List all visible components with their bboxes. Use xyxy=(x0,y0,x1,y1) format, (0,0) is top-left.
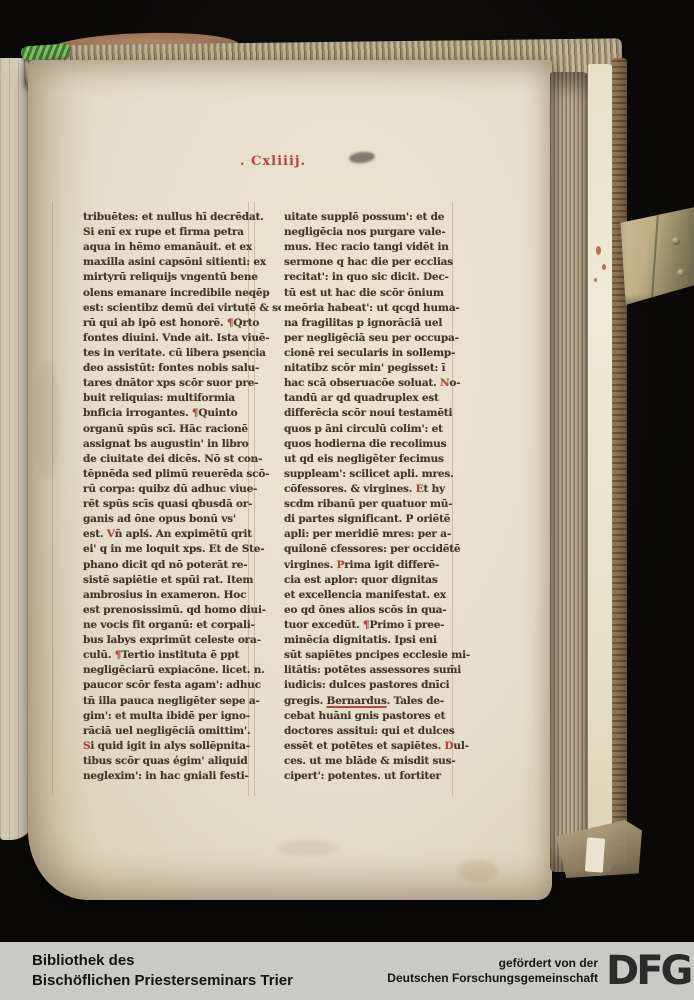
manuscript-line: quilonē cfessores: per occidētē xyxy=(284,542,486,557)
ink-text: de ciuitate dei dicēs. Nō st con- xyxy=(83,453,262,465)
manuscript-line: essēt et potētes et sapiētes. Dul- xyxy=(284,739,486,754)
manuscript-line: et excellencia manifestat. ex xyxy=(284,588,486,603)
manuscript-line: mus. Hec racio tangi vidēt in xyxy=(284,240,486,255)
ink-text: est: scientibz demū dei virtutē & scō- xyxy=(83,302,281,314)
ink-text: gim': et multa ibidē per igno- xyxy=(83,710,250,722)
ink-text: . Tales de- xyxy=(387,695,444,707)
rust-spot xyxy=(596,246,601,255)
book-photo: . Cxliiij. tribuētes: et nullus hī decrē… xyxy=(0,0,694,942)
manuscript-line: tes in veritate. cū libera psencia xyxy=(83,346,281,361)
manuscript-line: rāciā uel negligēciā omittim'. xyxy=(83,724,281,739)
text-column-left: tribuētes: et nullus hī decrēdat.Si enī … xyxy=(83,210,281,784)
ink-text: mus. Hec racio tangi vidēt in xyxy=(284,241,449,253)
ink-text: nitatibz scōr min' pegisset: ī xyxy=(284,362,445,374)
manuscript-line: cipert': potentes. ut fortiter xyxy=(284,769,486,784)
ink-text: rāciā uel negligēciā omittim'. xyxy=(83,725,250,737)
ink-text: quos hodierna die recolimus xyxy=(284,438,446,450)
ink-text: hac scā obseruacōe soluat. xyxy=(284,377,440,389)
ink-text: assignat bs augustin' in libro xyxy=(83,438,249,450)
ink-text: doctores assitui: qui et dulces xyxy=(284,725,455,737)
manuscript-line: minēcia dignitatis. Ipsi eni xyxy=(284,633,486,648)
ink-text: ut qd eis negligēter fecimus xyxy=(284,453,444,465)
metal-clasp xyxy=(619,202,694,306)
outer-page-edge xyxy=(588,64,614,876)
ink-text: et excellencia manifestat. ex xyxy=(284,589,446,601)
manuscript-line: virgines. Prima igit differē- xyxy=(284,558,486,573)
ink-text: tes in veritate. cū libera psencia xyxy=(83,347,266,359)
funding-credit: gefördert von der Deutschen Forschungsge… xyxy=(387,956,598,986)
ink-text: recitat': in quo sic dicit. Dec- xyxy=(284,271,449,283)
rust-spot xyxy=(594,278,597,282)
ink-text: per negligēciā seu per occupa- xyxy=(284,332,459,344)
ink-text: sistē sapiētie et spūi rat. Item xyxy=(83,574,253,586)
ink-text: minēcia dignitatis. Ipsi eni xyxy=(284,634,437,646)
manuscript-line: per negligēciā seu per occupa- xyxy=(284,331,486,346)
scan-viewport: . Cxliiij. tribuētes: et nullus hī decrē… xyxy=(0,0,694,1000)
manuscript-line: quos p āni circulū colim': et xyxy=(284,422,486,437)
ink-text: phano dicit qd nō poterāt re- xyxy=(83,559,247,571)
ink-text: sūt sapiētes pncipes ecclesie mi- xyxy=(284,649,470,661)
manuscript-line: sistē sapiētie et spūi rat. Item xyxy=(83,573,281,588)
ink-text: ne vocis fit organū: et corpali- xyxy=(83,619,255,631)
clasp-rivet xyxy=(677,269,685,277)
ink-text: na fragilitas p ignorāciā uel xyxy=(284,317,442,329)
rubric-text: Bernardus xyxy=(327,695,387,707)
ink-text: tn̄ illa pauca negligēter sepe a- xyxy=(83,695,260,707)
ink-text: buit reliquias: multiformia xyxy=(83,392,235,404)
ink-text: Primo ī pree- xyxy=(370,619,445,631)
manuscript-page: . Cxliiij. tribuētes: et nullus hī decrē… xyxy=(28,60,552,900)
ink-text: Qrto xyxy=(233,317,259,329)
manuscript-line: cōfessores. & virgines. Et hy xyxy=(284,482,486,497)
ink-text: n̄ aplś. An expimētū qrit xyxy=(115,528,252,540)
ink-text: quilonē cfessores: per occidētē xyxy=(284,543,460,555)
ink-text: suppleam': scilicet apli. mres. xyxy=(284,468,454,480)
manuscript-line: ne vocis fit organū: et corpali- xyxy=(83,618,281,633)
library-name-line1: Bibliothek des xyxy=(32,951,293,971)
ink-text: bus labys exprimūt celeste ora- xyxy=(83,634,261,646)
ink-text: sermone q hac die per ecclias xyxy=(284,256,453,268)
ink-text: deo assistūt: fontes nobis salu- xyxy=(83,362,259,374)
manuscript-line: meōria habeat': ut qcqd huma- xyxy=(284,301,486,316)
ink-text: quos p āni circulū colim': et xyxy=(284,423,443,435)
manuscript-line: negligēcia nos purgare vale- xyxy=(284,225,486,240)
rubric-text: E xyxy=(416,483,424,495)
dfg-logo: DFG xyxy=(606,942,690,1000)
ink-text: rima igit differē- xyxy=(344,559,439,571)
ink-text: culū. xyxy=(83,649,115,661)
ink-text: ul- xyxy=(453,740,468,752)
fore-edge-pages xyxy=(550,72,590,872)
ink-text: cōfessores. & virgines. xyxy=(284,483,416,495)
rust-spot xyxy=(602,264,606,270)
ink-text: rū qui ab ipō est honorē. xyxy=(83,317,227,329)
ink-text: mirtyrū reliquijs vngentū bene xyxy=(83,271,258,283)
ink-text: fontes diuini. Vnde ait. Ista viuē- xyxy=(83,332,269,344)
manuscript-line: est: scientibz demū dei virtutē & scō- xyxy=(83,301,281,316)
manuscript-line: recitat': in quo sic dicit. Dec- xyxy=(284,270,486,285)
footer-bar: Bibliothek des Bischöflichen Priestersem… xyxy=(0,942,694,1000)
manuscript-line: bnficia irrogantes. ¶Quinto xyxy=(83,406,281,421)
manuscript-line: tēpnēda sed plimū reuerēda scō- xyxy=(83,467,281,482)
ink-text: negligēciarū expiacōne. licet. n. xyxy=(83,664,265,676)
manuscript-line: negligēciarū expiacōne. licet. n. xyxy=(83,663,281,678)
ink-text: olens emanare incredibile neqēp xyxy=(83,287,269,299)
manuscript-line: Si quid igit in alys sollēpnita- xyxy=(83,739,281,754)
ink-text: Si enī ex rupe et firma petra xyxy=(83,226,244,238)
manuscript-line: tares dnātor xps scōr suor pre- xyxy=(83,376,281,391)
manuscript-line: cia est aplor: quor dignitas xyxy=(284,573,486,588)
ink-text: tribuētes: et nullus hī decrēdat. xyxy=(83,211,264,223)
manuscript-line: differēcia scōr noui testamēti xyxy=(284,406,486,421)
ink-text: ei' q in me loquit xps. Et de Ste- xyxy=(83,543,264,555)
manuscript-line: suppleam': scilicet apli. mres. xyxy=(284,467,486,482)
clasp-rivet xyxy=(672,237,680,245)
ink-text: tares dnātor xps scōr suor pre- xyxy=(83,377,258,389)
ink-text: di partes significant. P oriētē xyxy=(284,513,450,525)
manuscript-line: de ciuitate dei dicēs. Nō st con- xyxy=(83,452,281,467)
ink-text: meōria habeat': ut qcqd huma- xyxy=(284,302,460,314)
manuscript-line: hac scā obseruacōe soluat. No- xyxy=(284,376,486,391)
ruling-line xyxy=(52,202,53,796)
manuscript-line: tibus scōr quas égim' aliquid xyxy=(83,754,281,769)
manuscript-line: organū spūs scī. Hāc racionē xyxy=(83,422,281,437)
ink-text: bnficia irrogantes. xyxy=(83,407,192,419)
ink-text: neglexim': in hac gniali festi- xyxy=(83,770,249,782)
manuscript-line: na fragilitas p ignorāciā uel xyxy=(284,316,486,331)
ink-text: t hy xyxy=(424,483,445,495)
manuscript-line: rū corpa: quibz dū adhuc viue- xyxy=(83,482,281,497)
manuscript-line: di partes significant. P oriētē xyxy=(284,512,486,527)
manuscript-line: eo qd ōnes alios scōs in qua- xyxy=(284,603,486,618)
library-name-line2: Bischöflichen Priesterseminars Trier xyxy=(32,971,293,991)
manuscript-line: tn̄ illa pauca negligēter sepe a- xyxy=(83,694,281,709)
manuscript-line: tandū ar qd quadruplex est xyxy=(284,391,486,406)
ink-text: aqua in hēmo emanāuit. et ex xyxy=(83,241,252,253)
funding-credit-line2: Deutschen Forschungsgemeinschaft xyxy=(387,971,598,986)
ink-text: uitate supplē possum': et de xyxy=(284,211,444,223)
ink-text: negligēcia nos purgare vale- xyxy=(284,226,446,238)
ink-text: tū est ut hac die scōr ōnium xyxy=(284,287,444,299)
ink-text: differēcia scōr noui testamēti xyxy=(284,407,452,419)
manuscript-line: tū est ut hac die scōr ōnium xyxy=(284,286,486,301)
library-name: Bibliothek des Bischöflichen Priestersem… xyxy=(32,951,293,991)
manuscript-line: buit reliquias: multiformia xyxy=(83,391,281,406)
manuscript-line: olens emanare incredibile neqēp xyxy=(83,286,281,301)
folio-number: . Cxliiij. xyxy=(240,154,306,169)
ink-text: cebat huāni gnis pastores et xyxy=(284,710,445,722)
ink-text: scdm ribanū per quatuor mū- xyxy=(284,498,452,510)
ink-text: paucor scōr festa agam': adhuc xyxy=(83,679,261,691)
ink-text: cipert': potentes. ut fortiter xyxy=(284,770,441,782)
ink-text: ambrosius in exameron. Hoc xyxy=(83,589,246,601)
manuscript-line: neglexim': in hac gniali festi- xyxy=(83,769,281,784)
parchment-stain xyxy=(278,840,338,856)
manuscript-line: ganis ad ōne opus bonū vs' xyxy=(83,512,281,527)
ink-text: est. xyxy=(83,528,107,540)
manuscript-line: phano dicit qd nō poterāt re- xyxy=(83,558,281,573)
manuscript-line: sūt sapiētes pncipes ecclesie mi- xyxy=(284,648,486,663)
manuscript-line: nitatibz scōr min' pegisset: ī xyxy=(284,361,486,376)
manuscript-line: maxilla asini capsōni sitienti: ex xyxy=(83,255,281,270)
ink-text: i quid igit in alys sollēpnita- xyxy=(90,740,250,752)
manuscript-line: mirtyrū reliquijs vngentū bene xyxy=(83,270,281,285)
ink-text: ganis ad ōne opus bonū vs' xyxy=(83,513,236,525)
ink-text: est prenosissimū. qd homo diui- xyxy=(83,604,266,616)
manuscript-line: culū. ¶Tertio instituta ē ppt xyxy=(83,648,281,663)
rubric-text: N xyxy=(440,377,449,389)
manuscript-line: tribuētes: et nullus hī decrēdat. xyxy=(83,210,281,225)
bottom-corner-page-edge xyxy=(585,837,605,872)
ink-text: ces. ut me blāde & misdit sus- xyxy=(284,755,456,767)
manuscript-line: bus labys exprimūt celeste ora- xyxy=(83,633,281,648)
manuscript-line: cionē rei secularis in sollemp- xyxy=(284,346,486,361)
ink-text: litātis: potētes assessores sum̄i xyxy=(284,664,461,676)
ink-text: Tertio instituta ē ppt xyxy=(121,649,239,661)
manuscript-line: ces. ut me blāde & misdit sus- xyxy=(284,754,486,769)
funding-credit-line1: gefördert von der xyxy=(387,956,598,971)
manuscript-line: gim': et multa ibidē per igno- xyxy=(83,709,281,724)
ink-text: Quinto xyxy=(198,407,237,419)
manuscript-line: Si enī ex rupe et firma petra xyxy=(83,225,281,240)
ink-text: virgines. xyxy=(284,559,337,571)
book-cover-edge xyxy=(612,58,627,866)
ink-text: rēt spūs scīs quasi qbusdā or- xyxy=(83,498,252,510)
manuscript-line: cebat huāni gnis pastores et xyxy=(284,709,486,724)
manuscript-line: paucor scōr festa agam': adhuc xyxy=(83,678,281,693)
ink-text: gregis. xyxy=(284,695,327,707)
ink-text: cia est aplor: quor dignitas xyxy=(284,574,438,586)
parchment-stain xyxy=(458,860,498,882)
text-column-right: uitate supplē possum': et denegligēcia n… xyxy=(284,210,486,784)
ink-text: tibus scōr quas égim' aliquid xyxy=(83,755,248,767)
manuscript-line: aqua in hēmo emanāuit. et ex xyxy=(83,240,281,255)
ink-text: iudicis: dulces pastores dnīci xyxy=(284,679,449,691)
manuscript-line: ei' q in me loquit xps. Et de Ste- xyxy=(83,542,281,557)
manuscript-line: litātis: potētes assessores sum̄i xyxy=(284,663,486,678)
ink-text: maxilla asini capsōni sitienti: ex xyxy=(83,256,266,268)
manuscript-line: quos hodierna die recolimus xyxy=(284,437,486,452)
manuscript-line: gregis. Bernardus. Tales de- xyxy=(284,694,486,709)
ink-text: tuor excedūt. xyxy=(284,619,363,631)
manuscript-line: est. Vn̄ aplś. An expimētū qrit xyxy=(83,527,281,542)
manuscript-line: doctores assitui: qui et dulces xyxy=(284,724,486,739)
ink-text: organū spūs scī. Hāc racionē xyxy=(83,423,248,435)
ink-text: tandū ar qd quadruplex est xyxy=(284,392,439,404)
manuscript-line: assignat bs augustin' in libro xyxy=(83,437,281,452)
manuscript-line: ambrosius in exameron. Hoc xyxy=(83,588,281,603)
manuscript-line: scdm ribanū per quatuor mū- xyxy=(284,497,486,512)
ink-text: cionē rei secularis in sollemp- xyxy=(284,347,455,359)
manuscript-line: tuor excedūt. ¶Primo ī pree- xyxy=(284,618,486,633)
manuscript-line: deo assistūt: fontes nobis salu- xyxy=(83,361,281,376)
ink-text: rū corpa: quibz dū adhuc viue- xyxy=(83,483,257,495)
manuscript-line: ut qd eis negligēter fecimus xyxy=(284,452,486,467)
ink-text: eo qd ōnes alios scōs in qua- xyxy=(284,604,446,616)
manuscript-line: iudicis: dulces pastores dnīci xyxy=(284,678,486,693)
manuscript-line: est prenosissimū. qd homo diui- xyxy=(83,603,281,618)
manuscript-line: fontes diuini. Vnde ait. Ista viuē- xyxy=(83,331,281,346)
parchment-stain xyxy=(34,360,60,480)
rubric-text: V xyxy=(107,528,115,540)
ink-text: o- xyxy=(449,377,460,389)
manuscript-line: sermone q hac die per ecclias xyxy=(284,255,486,270)
ink-smudge xyxy=(348,151,375,165)
manuscript-line: rēt spūs scīs quasi qbusdā or- xyxy=(83,497,281,512)
ink-text: tēpnēda sed plimū reuerēda scō- xyxy=(83,468,269,480)
ink-text: essēt et potētes et sapiētes. xyxy=(284,740,445,752)
manuscript-line: uitate supplē possum': et de xyxy=(284,210,486,225)
manuscript-line: rū qui ab ipō est honorē. ¶Qrto xyxy=(83,316,281,331)
ink-text: apli: per meridiē mres: per a- xyxy=(284,528,451,540)
manuscript-line: apli: per meridiē mres: per a- xyxy=(284,527,486,542)
